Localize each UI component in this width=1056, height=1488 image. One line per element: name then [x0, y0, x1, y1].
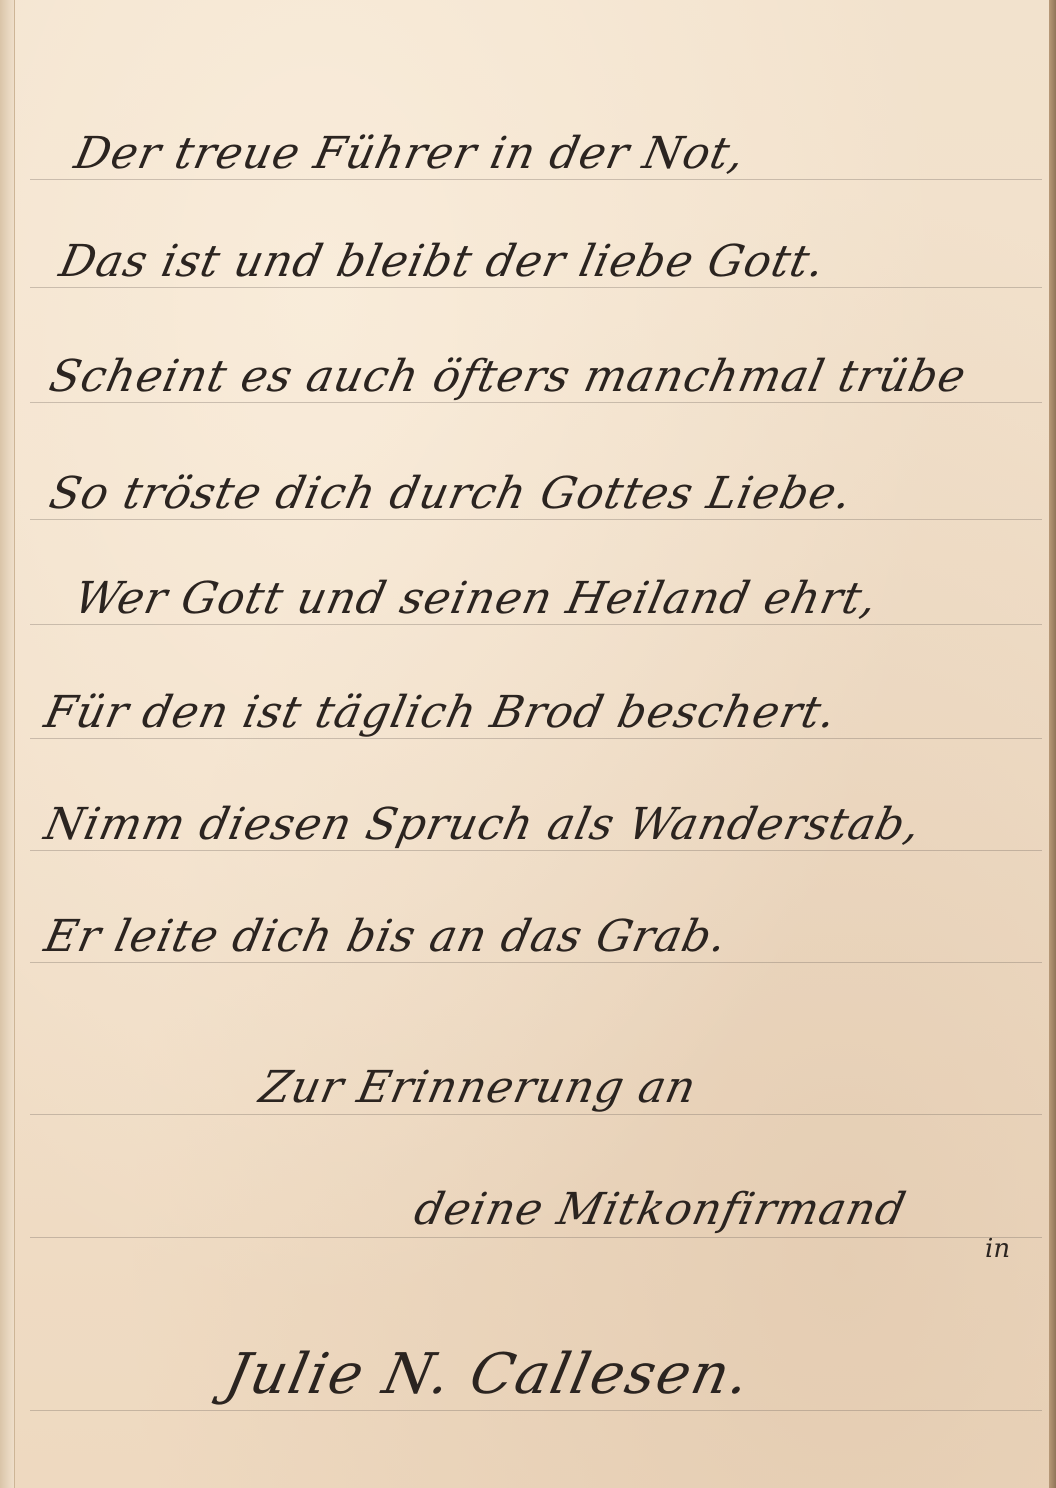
verse-line-4: So tröste dich durch Gottes Liebe. [45, 468, 857, 519]
ruled-line [30, 850, 1042, 851]
closing-suffix: in [985, 1234, 1010, 1264]
ruled-line [30, 624, 1042, 625]
ruled-line [30, 179, 1042, 180]
verse-line-2: Das ist und bleibt der liebe Gott. [55, 236, 830, 287]
ruled-line [30, 962, 1042, 963]
ruled-line [30, 738, 1042, 739]
ruled-line [30, 519, 1042, 520]
verse-line-5: Wer Gott und seinen Heiland ehrt, [70, 573, 882, 624]
ruled-line [30, 1237, 1042, 1238]
verse-line-3: Scheint es auch öfters manchmal trübe [45, 351, 971, 402]
verse-line-8: Er leite dich bis an das Grab. [40, 911, 732, 962]
verse-line-6: Für den ist täglich Brod beschert. [40, 687, 841, 738]
signature: Julie N. Callesen. [220, 1342, 757, 1407]
page-binding-edge [0, 0, 15, 1488]
verse-line-7: Nimm diesen Spruch als Wanderstab, [40, 799, 925, 850]
ruled-line [30, 1114, 1042, 1115]
album-page: Der treue Führer in der Not, Das ist und… [0, 0, 1056, 1488]
page-right-edge [1049, 0, 1056, 1488]
closing-line-1: Zur Erinnerung an [255, 1062, 701, 1113]
ruled-line [30, 1410, 1042, 1411]
closing-line-2: deine Mitkonfirmand [410, 1184, 911, 1235]
verse-line-1: Der treue Führer in der Not, [70, 128, 750, 179]
ruled-line [30, 402, 1042, 403]
ruled-line [30, 287, 1042, 288]
